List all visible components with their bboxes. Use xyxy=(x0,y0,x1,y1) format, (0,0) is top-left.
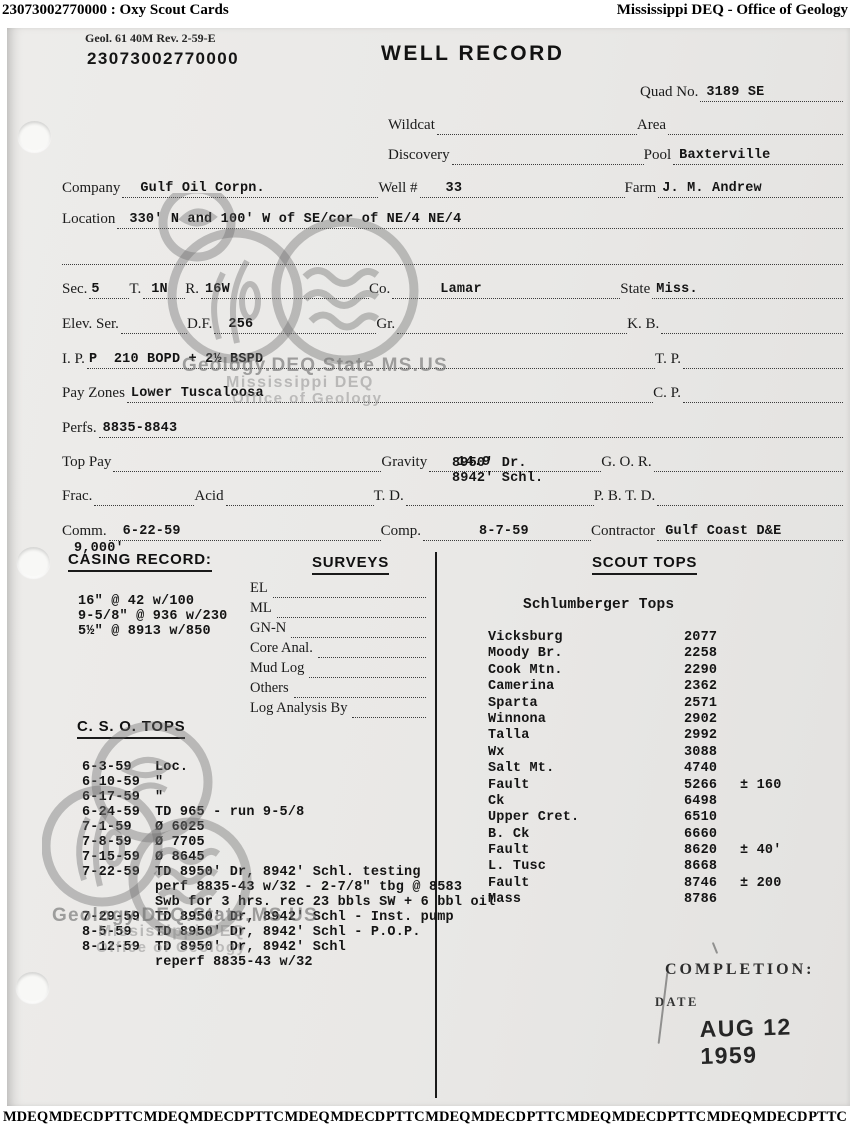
footer-token: MDECD xyxy=(612,1109,667,1126)
casing-record-lines: 16" @ 42 w/1009-5/8" @ 936 w/2305½" @ 89… xyxy=(78,594,227,639)
pool-line: Baxterville xyxy=(673,142,843,165)
formation-depth: 6498 xyxy=(684,794,740,809)
row-discovery-pool: Discovery Pool Baxterville xyxy=(388,143,843,165)
well-no-label: Well # xyxy=(378,180,419,198)
sec-value: 5 xyxy=(91,282,99,297)
df-line: 256 xyxy=(214,311,376,334)
row-quad-no: Quad No. 3189 SE xyxy=(640,80,843,102)
row-perfs: Perfs. 8835-8843 xyxy=(62,416,843,438)
scout-tops-subheading: Schlumberger Tops xyxy=(523,597,674,613)
formation-tolerance: ± 200 xyxy=(740,876,782,891)
formation-depth: 3088 xyxy=(684,745,740,760)
wildcat-line xyxy=(437,112,637,135)
casing-line: 5½" @ 8913 w/850 xyxy=(78,624,227,639)
formation-name: Talla xyxy=(488,728,684,743)
ip-value: P 210 BOPD + 2½ BSPD xyxy=(89,352,263,367)
range-value: 16W xyxy=(205,282,230,297)
cp-label: C. P. xyxy=(653,385,683,403)
scout-top-row: Cook Mtn. 2290 xyxy=(488,663,828,679)
location-line: 330' N and 100' W of SE/cor of NE/4 NE/4 xyxy=(117,206,843,229)
cso-tops-entries: 6-3-59 Loc. 6-10-59 " 6-17-59 " 6-24-59 … xyxy=(82,760,522,970)
survey-item-line xyxy=(318,657,426,658)
footer-token: PTTC xyxy=(527,1109,566,1126)
footer-token: MDEQ xyxy=(707,1109,752,1126)
cso-entry: 8-5-59 TD 8950' Dr, 8942' Schl - P.O.P. xyxy=(82,925,522,940)
survey-item-label: Others xyxy=(250,680,291,698)
scout-top-row: Ck 6498 xyxy=(488,794,828,810)
scout-top-row: B. Ck 6660 xyxy=(488,827,828,843)
cso-entry: 6-17-59 " xyxy=(82,790,522,805)
casing-line: 9-5/8" @ 936 w/230 xyxy=(78,609,227,624)
survey-item-label: ML xyxy=(250,600,274,618)
location-label: Location xyxy=(62,211,117,229)
cso-entry-text: TD 8950' Dr, 8942' Schl. testing perf 88… xyxy=(155,865,495,910)
survey-item-line xyxy=(352,717,426,718)
hole-punch-middle xyxy=(17,547,50,578)
comm-value: 6-22-59 xyxy=(123,524,181,539)
wildcat-label: Wildcat xyxy=(388,117,437,135)
formation-depth: 2258 xyxy=(684,646,740,661)
cso-entry-text: " xyxy=(155,775,163,790)
company-line: Gulf Oil Corpn. xyxy=(122,175,378,198)
cso-entry-date: 8-5-59 xyxy=(82,925,155,940)
completion-stamp-heading: COMPLETION: xyxy=(665,961,814,979)
cso-entry-date: 8-12-59 xyxy=(82,940,155,970)
cso-entry-text: TD 8950' Dr, 8942' Schl - Inst. pump xyxy=(155,910,454,925)
cso-entry-text: " xyxy=(155,790,163,805)
cso-entry-date: 6-24-59 xyxy=(82,805,155,820)
scout-top-row: Sparta 2571 xyxy=(488,696,828,712)
row-ip-tp: I. P. P 210 BOPD + 2½ BSPD T. P. xyxy=(62,347,843,369)
discovery-line xyxy=(452,142,644,165)
formation-name: Winnona xyxy=(488,712,684,727)
formation-tolerance: ± 40' xyxy=(740,843,782,858)
scout-tops-heading: SCOUT TOPS xyxy=(592,554,697,575)
cso-entry-text: TD 8950' Dr, 8942' Schl reperf 8835-43 w… xyxy=(155,940,346,970)
cso-entry-text: Loc. xyxy=(155,760,188,775)
farm-label: Farm xyxy=(625,180,659,198)
footer-token: MDEQ xyxy=(144,1109,189,1126)
pay-zones-line: Lower Tuscaloosa xyxy=(127,380,653,403)
viewer-footer: MDEQMDECDPTTCMDEQMDECDPTTCMDEQMDECDPTTCM… xyxy=(0,1106,850,1129)
scout-top-row: Upper Cret. 6510 xyxy=(488,810,828,826)
cso-entry: 6-3-59 Loc. xyxy=(82,760,522,775)
well-api-number: 23073002770000 xyxy=(87,49,239,69)
company-value: Gulf Oil Corpn. xyxy=(140,181,265,196)
survey-item-line xyxy=(277,617,426,618)
county-label: Co. xyxy=(369,281,392,299)
row-payzones-cp: Pay Zones Lower Tuscaloosa C. P. xyxy=(62,381,843,403)
elev-ser-line xyxy=(121,311,187,334)
township-label: T. xyxy=(129,281,143,299)
df-value: 256 xyxy=(228,317,253,332)
row-company-well-farm: Company Gulf Oil Corpn. Well # 33 Farm J… xyxy=(62,176,843,198)
surveys-list: EL ML GN-N Core Anal. Mud Log xyxy=(250,578,426,718)
footer-token: MDECD xyxy=(330,1109,385,1126)
pbtd-label: P. B. T. D. xyxy=(594,488,658,506)
formation-depth: 2362 xyxy=(684,679,740,694)
casing-line: 16" @ 42 w/100 xyxy=(78,594,227,609)
footer-token: PTTC xyxy=(245,1109,284,1126)
elev-ser-label: Elev. Ser. xyxy=(62,316,121,334)
frac-line xyxy=(94,483,194,506)
cso-entry-text: Ø 7705 xyxy=(155,835,205,850)
formation-depth: 2902 xyxy=(684,712,740,727)
td-line xyxy=(406,483,594,506)
footer-token: MDEQ xyxy=(3,1109,48,1126)
viewer-header-right: Mississippi DEQ - Office of Geology xyxy=(615,0,850,19)
scout-top-row: Vicksburg 2077 xyxy=(488,630,828,646)
formation-depth: 2571 xyxy=(684,696,740,711)
td-value-block: 8950' Dr. 8942' Schl. xyxy=(452,456,543,486)
gr-label: Gr. xyxy=(376,316,397,334)
acid-line xyxy=(226,483,374,506)
scout-top-row: L. Tusc 8668 xyxy=(488,859,828,875)
formation-depth: 6510 xyxy=(684,810,740,825)
formation-depth: 2992 xyxy=(684,728,740,743)
footer-token: MDEQ xyxy=(425,1109,470,1126)
state-line: Miss. xyxy=(652,276,843,299)
formation-name: Moody Br. xyxy=(488,646,684,661)
quad-no-value: 3189 SE xyxy=(706,85,764,100)
gravity-label: Gravity xyxy=(381,454,429,472)
row-elev-df-gr-kb: Elev. Ser. D.F. 256 Gr. K. B. xyxy=(62,312,843,334)
comp-line: 8-7-59 xyxy=(423,518,591,541)
quad-no-label: Quad No. xyxy=(640,84,700,102)
area-line xyxy=(668,112,843,135)
tp-label: T. P. xyxy=(655,351,683,369)
comm-label: Comm. xyxy=(62,523,109,541)
county-line: Lamar xyxy=(392,276,620,299)
discovery-label: Discovery xyxy=(388,147,452,165)
pbtd-line xyxy=(657,483,843,506)
acid-label: Acid xyxy=(194,488,225,506)
survey-item: Mud Log xyxy=(250,658,426,678)
screenshot-root: 23073002770000 : Oxy Scout Cards Mississ… xyxy=(0,0,850,1129)
scout-top-row: Camerina 2362 xyxy=(488,679,828,695)
survey-item-line xyxy=(273,597,426,598)
footer-token: MDECD xyxy=(753,1109,808,1126)
footer-token: PTTC xyxy=(104,1109,143,1126)
survey-item: Others xyxy=(250,678,426,698)
row-frac-acid-td-pbtd: Frac. Acid T. D. P. B. T. D. xyxy=(62,484,843,506)
scout-top-row: Talla 2992 xyxy=(488,728,828,744)
viewer-header: 23073002770000 : Oxy Scout Cards Mississ… xyxy=(0,0,850,28)
cso-entry: 6-24-59 TD 965 - run 9-5/8 xyxy=(82,805,522,820)
range-line: 16W xyxy=(201,276,369,299)
formation-depth: 8668 xyxy=(684,859,740,874)
survey-item: GN-N xyxy=(250,618,426,638)
cso-entry-date: 6-3-59 xyxy=(82,760,155,775)
top-pay-label: Top Pay xyxy=(62,454,113,472)
survey-item: ML xyxy=(250,598,426,618)
survey-item: Log Analysis By xyxy=(250,698,426,718)
cso-entry: 7-15-59 Ø 8645 xyxy=(82,850,522,865)
well-no-value: 33 xyxy=(446,181,463,196)
formation-depth: 2290 xyxy=(684,663,740,678)
ip-label: I. P. xyxy=(62,351,87,369)
sec-label: Sec. xyxy=(62,281,89,299)
row-sec-t-r-co-state: Sec. 5 T. 1N R. 16W Co. Lamar State Miss… xyxy=(62,277,843,299)
cso-entry: 7-8-59 Ø 7705 xyxy=(82,835,522,850)
state-label: State xyxy=(620,281,652,299)
farm-value: J. M. Andrew xyxy=(662,181,762,196)
formation-name: Cook Mtn. xyxy=(488,663,684,678)
viewer-header-left: 23073002770000 : Oxy Scout Cards xyxy=(0,0,231,19)
cso-entry-text: Ø 8645 xyxy=(155,850,205,865)
formation-depth: 4740 xyxy=(684,761,740,776)
casing-record-heading: CASING RECORD: xyxy=(68,551,212,572)
completion-date-stamp: AUG 12 1959 xyxy=(699,1012,850,1070)
cso-entry-date: 7-8-59 xyxy=(82,835,155,850)
survey-item-label: GN-N xyxy=(250,620,288,638)
row-location-continuation xyxy=(62,243,843,265)
survey-item: EL xyxy=(250,578,426,598)
survey-item-label: EL xyxy=(250,580,270,598)
gr-line xyxy=(397,311,627,334)
township-line: 1N xyxy=(143,276,185,299)
gor-line xyxy=(654,449,843,472)
scout-top-row: Wx 3088 xyxy=(488,745,828,761)
cso-tops-heading: C. S. O. TOPS xyxy=(77,718,185,739)
survey-item-label: Mud Log xyxy=(250,660,306,678)
footer-token: PTTC xyxy=(808,1109,847,1126)
cso-entry-date: 7-1-59 xyxy=(82,820,155,835)
td-driller-depth: 8950' Dr. xyxy=(452,456,543,471)
comm-line: 6-22-59 xyxy=(109,518,381,541)
survey-item-line xyxy=(294,697,426,698)
scout-tops-table: Vicksburg 2077 Moody Br. 2258 Cook Mtn. … xyxy=(488,630,828,909)
range-label: R. xyxy=(185,281,201,299)
company-label: Company xyxy=(62,180,122,198)
area-label: Area xyxy=(637,117,668,135)
cso-entry-text: TD 965 - run 9-5/8 xyxy=(155,805,304,820)
survey-item-label: Core Anal. xyxy=(250,640,315,658)
formation-depth: 8786 xyxy=(684,892,740,907)
survey-item-label: Log Analysis By xyxy=(250,700,349,718)
td-schlumberger-depth: 8942' Schl. xyxy=(452,471,543,486)
cso-entry-text: TD 8950' Dr, 8942' Schl - P.O.P. xyxy=(155,925,421,940)
pool-label: Pool xyxy=(644,147,674,165)
formation-depth: 6660 xyxy=(684,827,740,842)
df-label: D.F. xyxy=(187,316,214,334)
cso-entry-date: 7-29-59 xyxy=(82,910,155,925)
hole-punch-bottom xyxy=(16,972,49,1003)
sec-line: 5 xyxy=(89,276,129,299)
comp-label: Comp. xyxy=(381,523,423,541)
survey-item: Core Anal. xyxy=(250,638,426,658)
formation-depth: 8620 xyxy=(684,843,740,858)
footer-token: MDECD xyxy=(49,1109,104,1126)
cso-entry-date: 7-22-59 xyxy=(82,865,155,910)
formation-depth: 5266 xyxy=(684,778,740,793)
footer-token: MDECD xyxy=(471,1109,526,1126)
formation-name: Wx xyxy=(488,745,684,760)
perfs-value: 8835-8843 xyxy=(103,421,178,436)
cp-line xyxy=(683,380,843,403)
cso-entry-text: Ø 6025 xyxy=(155,820,205,835)
scout-top-row: Moody Br. 2258 xyxy=(488,646,828,662)
survey-item-line xyxy=(309,677,426,678)
cso-entry-date: 6-10-59 xyxy=(82,775,155,790)
contractor-line: Gulf Coast D&E xyxy=(657,518,843,541)
formation-name: Camerina xyxy=(488,679,684,694)
kb-line xyxy=(661,311,843,334)
cso-entry-date: 7-15-59 xyxy=(82,850,155,865)
formation-depth: 8746 xyxy=(684,876,740,891)
cso-entry-date: 6-17-59 xyxy=(82,790,155,805)
scout-top-row: Fault 8746 ± 200 xyxy=(488,876,828,892)
scout-top-row: Salt Mt. 4740 xyxy=(488,761,828,777)
gor-label: G. O. R. xyxy=(601,454,653,472)
state-value: Miss. xyxy=(656,282,698,297)
footer-token: MDEQ xyxy=(566,1109,611,1126)
formation-name: Vicksburg xyxy=(488,630,684,645)
perfs-line: 8835-8843 xyxy=(99,415,843,438)
footer-token: PTTC xyxy=(386,1109,425,1126)
formation-name: Sparta xyxy=(488,696,684,711)
form-revision-note: Geol. 61 40M Rev. 2-59-E xyxy=(85,31,216,46)
cso-entry: 6-10-59 " xyxy=(82,775,522,790)
township-value: 1N xyxy=(151,282,168,297)
cso-entry: 7-29-59 TD 8950' Dr, 8942' Schl - Inst. … xyxy=(82,910,522,925)
pay-zones-value: Lower Tuscaloosa xyxy=(131,386,264,401)
td-label: T. D. xyxy=(374,488,406,506)
well-no-line: 33 xyxy=(420,175,625,198)
cso-entry: 7-1-59 Ø 6025 xyxy=(82,820,522,835)
surveys-heading: SURVEYS xyxy=(312,554,389,575)
top-pay-line xyxy=(113,449,381,472)
ip-line: P 210 BOPD + 2½ BSPD xyxy=(87,346,655,369)
contractor-label: Contractor xyxy=(591,523,657,541)
cso-entry: 7-22-59 TD 8950' Dr, 8942' Schl. testing… xyxy=(82,865,522,910)
farm-line: J. M. Andrew xyxy=(658,175,843,198)
footer-token: MDECD xyxy=(190,1109,245,1126)
footer-token: PTTC xyxy=(667,1109,706,1126)
formation-tolerance: ± 160 xyxy=(740,778,782,793)
footer-token: MDEQ xyxy=(285,1109,330,1126)
perfs-label: Perfs. xyxy=(62,420,99,438)
scout-top-row: Winnona 2902 xyxy=(488,712,828,728)
scout-top-row: Mass 8786 xyxy=(488,892,828,908)
county-value: Lamar xyxy=(440,282,482,297)
scout-top-row: Fault 8620 ± 40' xyxy=(488,843,828,859)
row-wildcat-area: Wildcat Area xyxy=(388,113,843,135)
location-continuation-line xyxy=(62,242,843,265)
row-comm-comp-contractor: Comm. 6-22-59 Comp. 8-7-59 Contractor Gu… xyxy=(62,519,843,541)
cso-entry: 8-12-59 TD 8950' Dr, 8942' Schl reperf 8… xyxy=(82,940,522,970)
quad-no-line: 3189 SE xyxy=(700,79,843,102)
contractor-value: Gulf Coast D&E xyxy=(665,524,781,539)
hole-punch-top xyxy=(18,121,51,152)
survey-item-line xyxy=(291,637,426,638)
pay-zones-label: Pay Zones xyxy=(62,385,127,403)
comp-value: 8-7-59 xyxy=(479,524,529,539)
kb-label: K. B. xyxy=(627,316,661,334)
location-value: 330' N and 100' W of SE/cor of NE/4 NE/4 xyxy=(129,212,461,227)
frac-label: Frac. xyxy=(62,488,94,506)
form-title: WELL RECORD xyxy=(381,42,564,66)
pool-value: Baxterville xyxy=(679,148,770,163)
scout-top-row: Fault 5266 ± 160 xyxy=(488,778,828,794)
formation-depth: 2077 xyxy=(684,630,740,645)
row-location: Location 330' N and 100' W of SE/cor of … xyxy=(62,207,843,229)
tp-line xyxy=(683,346,843,369)
